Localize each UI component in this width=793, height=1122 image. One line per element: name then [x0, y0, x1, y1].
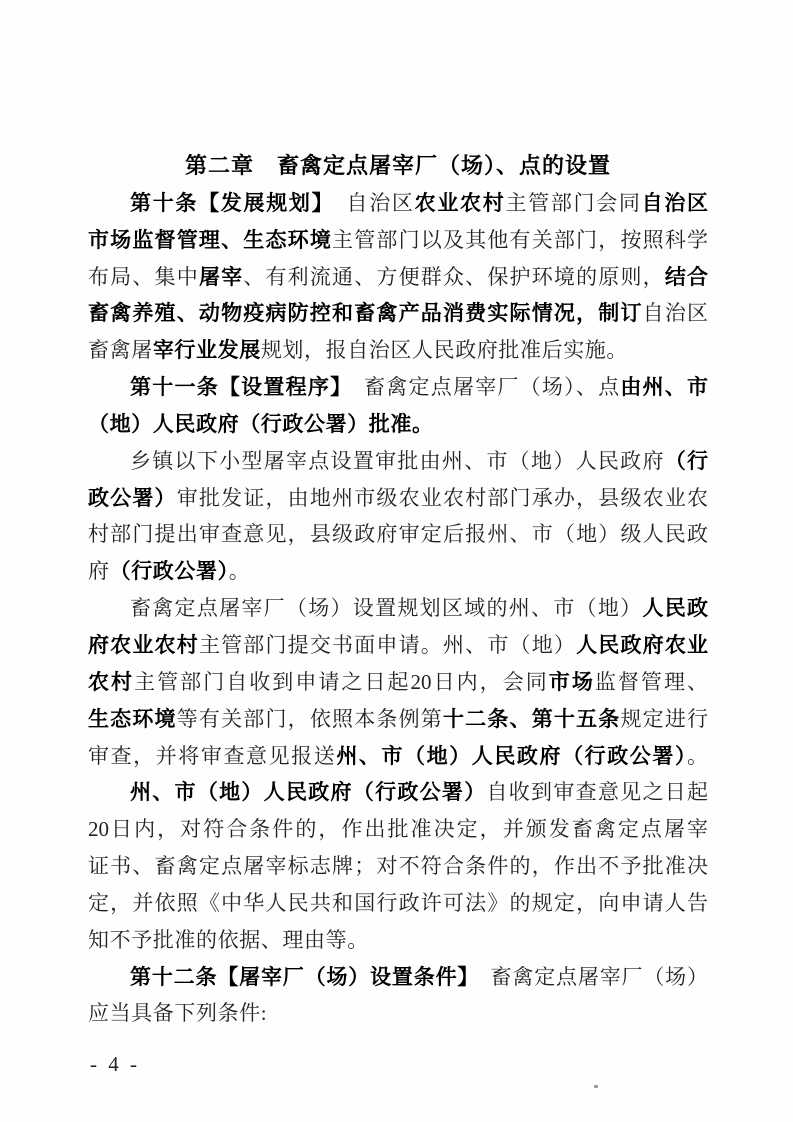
text-line: 州、市（地）人民政府（行政公署）自收到审查意见之日起	[88, 774, 708, 811]
text-segment: 、有利流通、方便群众、保护环境的原则，	[243, 265, 665, 289]
text-segment: 畜禽定点屠宰厂（场）	[469, 965, 708, 989]
article-10-line: 第十条【发展规划】 自治区农业农村主管部门会同自治区	[88, 185, 708, 222]
text-line: 畜禽定点屠宰厂（场）设置规划区域的州、市（地）人民政	[88, 590, 708, 627]
document-text-block: 第二章 畜禽定点屠宰厂（场）、点的设置第十条【发展规划】 自治区农业农村主管部门…	[88, 148, 708, 1032]
text-line: （地）人民政府（行政公署）批准。	[88, 406, 708, 443]
bold-text-segment: 州、市（地）人民政府（行政公署）	[130, 780, 486, 804]
bold-text-segment: 政公署）	[88, 486, 177, 510]
bold-text-segment: （地）人民政府（行政公署）批准。	[88, 412, 434, 436]
text-line: 20日内，对符合条件的，作出批准决定，并颁发畜禽定点屠宰	[88, 811, 708, 848]
text-segment: 证书、畜禽定点屠宰标志牌；对不符合条件的，作出不予批准决	[88, 854, 708, 878]
text-line: 审查，并将审查意见报送州、市（地）人民政府（行政公署）。	[88, 738, 708, 775]
bold-text-segment: 州、市（地）人民政府（行政公署）	[336, 744, 687, 768]
text-segment: 应当具备下列条件:	[88, 1001, 267, 1025]
text-line: 村部门提出审查意见，县级政府审定后报州、市（地）级人民政	[88, 516, 708, 553]
text-segment: 等有关部门，依照本条例第	[177, 707, 443, 731]
text-segment: 。	[229, 559, 251, 583]
text-line: 畜禽养殖、动物疫病防控和畜禽产品消费实际情况，制订自治区	[88, 295, 708, 332]
text-line: 市场监督管理、生态环境主管部门以及其他有关部门，按照科学	[88, 222, 708, 259]
text-line: 知不予批准的依据、理由等。	[88, 922, 708, 959]
text-segment: 自治区	[324, 191, 415, 215]
text-segment: 自收到审查意见之日起	[486, 780, 708, 804]
page-number: - 4 -	[90, 1049, 140, 1079]
bold-text-segment: 第十一条【设置程序】	[130, 375, 342, 399]
text-segment: 村部门提出审查意见，县级政府审定后报州、市（地）级人民政	[88, 522, 708, 546]
text-segment: 。	[687, 744, 708, 768]
bold-text-segment: 市场监督管理、生态环境	[88, 228, 332, 252]
text-segment: 主管部门会同	[505, 191, 641, 215]
text-segment: 自治区	[643, 301, 708, 325]
text-line: 定，并依照《中华人民共和国行政许可法》的规定，向申请人告	[88, 885, 708, 922]
scan-dust-artifact	[594, 1085, 598, 1088]
text-segment: 定，并依照《中华人民共和国行政许可法》的规定，向申请人告	[88, 891, 708, 915]
text-segment: 规划，报自治区人民政府批准后实施。	[261, 338, 628, 362]
text-line: 应当具备下列条件:	[88, 995, 708, 1032]
text-line: 农村主管部门自收到申请之日起20日内，会同市场监督管理、	[88, 664, 708, 701]
text-line: 府农业农村主管部门提交书面申请。州、市（地）人民政府农业	[88, 627, 708, 664]
text-segment: 畜禽定点屠宰厂（场）设置规划区域的州、市（地）	[130, 596, 642, 620]
text-segment: 知不予批准的依据、理由等。	[88, 928, 369, 952]
bold-text-segment: 人民政府农业	[576, 633, 708, 657]
text-segment: 主管部门以及其他有关部门，按照科学	[332, 228, 708, 252]
article-12-line: 第十二条【屠宰厂（场）设置条件】 畜禽定点屠宰厂（场）	[88, 959, 708, 996]
text-segment: 畜禽屠	[88, 338, 153, 362]
bold-text-segment: 农业农村	[415, 191, 506, 215]
text-line: 畜禽屠宰行业发展规划，报自治区人民政府批准后实施。	[88, 332, 708, 369]
text-segment: 布局、集中	[88, 265, 199, 289]
bold-text-segment: 结合	[665, 265, 708, 289]
bold-text-segment: 畜禽养殖、动物疫病防控和畜禽产品消费实际情况，制订	[88, 301, 643, 325]
text-segment: 府	[88, 559, 110, 583]
chapter-title: 第二章 畜禽定点屠宰厂（场）、点的设置	[88, 148, 708, 185]
bold-text-segment: 十二条、第十五条	[443, 707, 620, 731]
text-line: 生态环境等有关部门，依照本条例第十二条、第十五条规定进行	[88, 701, 708, 738]
text-line: 府（行政公署）。	[88, 553, 708, 590]
text-line: 布局、集中屠宰、有利流通、方便群众、保护环境的原则，结合	[88, 259, 708, 296]
text-line: 证书、畜禽定点屠宰标志牌；对不符合条件的，作出不予批准决	[88, 848, 708, 885]
text-line: 政公署）审批发证，由地州市级农业农村部门承办，县级农业农	[88, 480, 708, 517]
bold-text-segment: 第十二条【屠宰厂（场）设置条件】	[130, 965, 469, 989]
bold-text-segment: 府农业农村	[88, 633, 199, 657]
bold-text-segment: 由州、市	[620, 375, 708, 399]
bold-text-segment: 宰行业发展	[153, 338, 261, 362]
text-segment: 主管部门提交书面申请。州、市（地）	[199, 633, 576, 657]
bold-text-segment: 人民政	[642, 596, 708, 620]
bold-text-segment: （行政公署）	[110, 559, 229, 583]
scanned-document-page: 第二章 畜禽定点屠宰厂（场）、点的设置第十条【发展规划】 自治区农业农村主管部门…	[0, 0, 793, 1122]
bold-text-segment: 第十条【发展规划】	[130, 191, 324, 215]
article-11-line: 第十一条【设置程序】 畜禽定点屠宰厂（场）、点由州、市	[88, 369, 708, 406]
text-segment: 审查，并将审查意见报送	[88, 744, 336, 768]
text-line: 乡镇以下小型屠宰点设置审批由州、市（地）人民政府（行	[88, 443, 708, 480]
bold-text-segment: 农村	[88, 670, 134, 694]
text-segment: 畜禽定点屠宰厂（场）、点	[342, 375, 621, 399]
text-segment: 审批发证，由地州市级农业农村部门承办，县级农业农	[177, 486, 708, 510]
bold-text-segment: 屠宰	[199, 265, 243, 289]
bold-text-segment: （行	[665, 449, 708, 473]
bold-text-segment: 生态环境	[88, 707, 177, 731]
bold-text-segment: 自治区	[642, 191, 708, 215]
bold-text-segment: 市场	[549, 670, 595, 694]
text-segment: 主管部门自收到申请之日起20日内，会同	[134, 670, 549, 694]
text-segment: 规定进行	[620, 707, 708, 731]
bold-text-segment: 第二章 畜禽定点屠宰厂（场）、点的设置	[185, 153, 611, 178]
text-segment: 监督管理、	[595, 670, 708, 694]
text-segment: 乡镇以下小型屠宰点设置审批由州、市（地）人民政府	[130, 449, 665, 473]
text-segment: 20日内，对符合条件的，作出批准决定，并颁发畜禽定点屠宰	[88, 817, 708, 841]
